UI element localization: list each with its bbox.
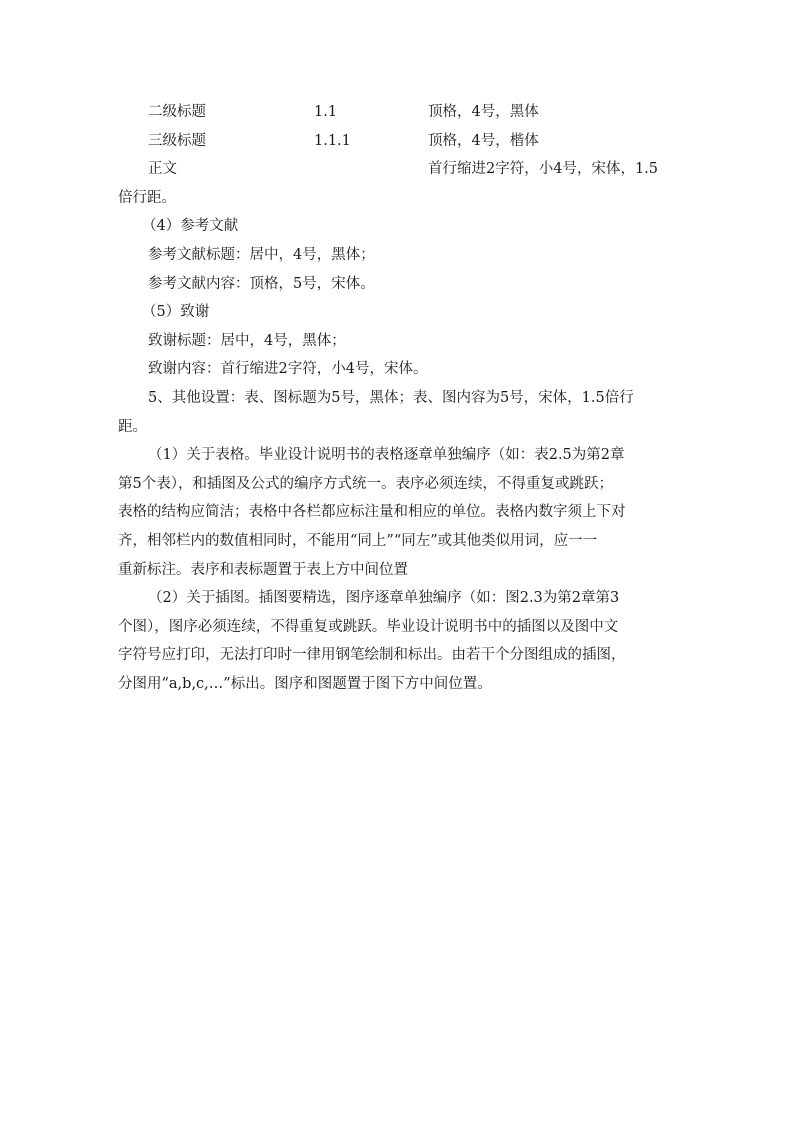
references-heading: （4）参考文献: [118, 212, 676, 241]
paragraph-line: 第5个表），和插图及公式的编序方式统一。表序必须连续，不得重复或跳跃；: [118, 470, 676, 499]
document-body: 二级标题 1.1 顶格，4号，黑体 三级标题 1.1.1 顶格，4号，楷体 正文…: [118, 98, 676, 698]
references-title-rule: 参考文献标题：居中，4号，黑体；: [118, 241, 676, 270]
paragraph-line: 重新标注。表序和表标题置于表上方中间位置: [118, 556, 676, 585]
heading-level: 正文: [148, 155, 177, 184]
paragraph-line: 距。: [118, 413, 676, 442]
paragraph-line: （2）关于插图。插图要精选，图序逐章单独编序（如：图2.3为第2章第3: [118, 584, 676, 613]
paragraph-line: 分图用“a,b,c,…”标出。图序和图题置于图下方中间位置。: [118, 670, 676, 699]
heading-format: 首行缩进2字符，小4号，宋体，1.5: [428, 155, 658, 184]
tables-section-paragraph: （1）关于表格。毕业设计说明书的表格逐章单独编序（如：表2.5为第2章 第5个表…: [118, 441, 676, 584]
heading-format-row: 三级标题 1.1.1 顶格，4号，楷体: [118, 127, 676, 156]
references-content-rule: 参考文献内容：顶格，5号，宋体。: [118, 270, 676, 299]
heading-number: 1.1.1: [314, 127, 351, 156]
document-page: 二级标题 1.1 顶格，4号，黑体 三级标题 1.1.1 顶格，4号，楷体 正文…: [0, 0, 793, 1122]
heading-format-row: 正文 首行缩进2字符，小4号，宋体，1.5: [118, 155, 676, 184]
paragraph-line: 个图），图序必须连续，不得重复或跳跃。毕业设计说明书中的插图以及图中文: [118, 613, 676, 642]
heading-format: 顶格，4号，楷体: [428, 127, 539, 156]
heading-level: 三级标题: [148, 127, 206, 156]
heading-format: 顶格，4号，黑体: [428, 98, 539, 127]
acknowledgement-content-rule: 致谢内容：首行缩进2字符，小4号，宋体。: [118, 355, 676, 384]
acknowledgement-title-rule: 致谢标题：居中，4号，黑体；: [118, 327, 676, 356]
heading-number: 1.1: [314, 98, 337, 127]
body-text-wrap: 倍行距。: [118, 184, 676, 213]
paragraph-line: 齐，相邻栏内的数值相同时，不能用“同上”“同左”或其他类似用词，应一一: [118, 527, 676, 556]
acknowledgement-heading: （5）致谢: [118, 298, 676, 327]
paragraph-line: 表格的结构应简洁；表格中各栏都应标注量和相应的单位。表格内数字须上下对: [118, 498, 676, 527]
paragraph-line: 5、其他设置：表、图标题为5号，黑体；表、图内容为5号，宋体，1.5倍行: [118, 384, 676, 413]
heading-format-row: 二级标题 1.1 顶格，4号，黑体: [118, 98, 676, 127]
figures-section-paragraph: （2）关于插图。插图要精选，图序逐章单独编序（如：图2.3为第2章第3 个图），…: [118, 584, 676, 698]
heading-level: 二级标题: [148, 98, 206, 127]
paragraph-line: 字符号应打印，无法打印时一律用钢笔绘制和标出。由若干个分图组成的插图，: [118, 641, 676, 670]
paragraph-line: （1）关于表格。毕业设计说明书的表格逐章单独编序（如：表2.5为第2章: [118, 441, 676, 470]
other-settings-paragraph: 5、其他设置：表、图标题为5号，黑体；表、图内容为5号，宋体，1.5倍行 距。: [118, 384, 676, 441]
